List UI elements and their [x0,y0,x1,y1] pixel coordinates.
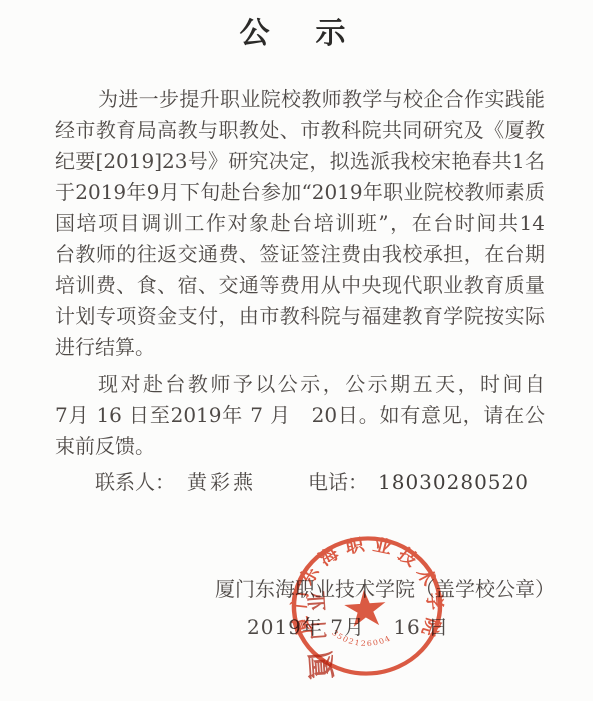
svg-text:3502126004: 3502126004 [330,624,394,650]
seal-code-text: 3502126004 [330,624,394,650]
text-line: 经市教育局高教与职教处、市教科院共同研究及《厦教工委 [55,115,545,146]
text-line: 培训费、食、宿、交通等费用从中央现代职业教育质量提升 [55,270,545,301]
paragraph: 为进一步提升职业院校教师教学与校企合作实践能力，经市教育局高教与职教处、市教科院… [55,84,545,363]
contact-row: 联系人：黄彩燕电话：18030280520 [55,467,545,498]
paragraph: 现对赴台教师予以公示，公示期五天，时间自2019 年7月 16 日至2019年 … [55,369,545,462]
seal-star-icon [343,588,387,627]
seal-ghost-char: 厦 [299,650,341,681]
text-line: 现对赴台教师予以公示，公示期五天，时间自2019 年 [55,369,545,400]
seal-ghost-char: 门 [304,621,331,641]
document-body: 为进一步提升职业院校教师教学与校企合作实践能力，经市教育局高教与职教处、市教科院… [55,84,545,462]
text-line: 于2019年9月下旬赴台参加“2019年职业院校教师素质提高 [55,177,545,208]
text-line: 台教师的往返交通费、签证签注费由我校承担，在台期间的 [55,239,545,270]
text-line: 国培项目调训工作对象赴台培训班”，在台时间共14天。赴 [55,208,545,239]
page-title: 公 示 [0,13,593,55]
text-line: 计划专项资金支付，由市教科院与福建教育学院按实际支出 [55,301,545,332]
contact-name: 黄彩燕 [187,470,256,494]
text-line: 进行结算。 [55,332,545,363]
contact-label: 联系人： [95,470,175,494]
phone-label: 电话： [308,470,368,494]
phone-number: 18030280520 [378,470,529,494]
official-seal: 厦门东海职业技术学院 3502126004 业门厦 [283,528,451,685]
text-line: 纪要[2019]23号》研究决定，拟选派我校宋艳春共1名教师 [55,146,545,177]
text-line: 束前反馈。 [55,431,545,462]
scanned-notice-page: { "page": { "background": "#fcfcfb" }, "… [0,0,593,701]
text-line: 为进一步提升职业院校教师教学与校企合作实践能力， [55,84,545,115]
text-line: 7月 16 日至2019年 7 月 20日。如有意见，请在公示期结 [55,400,545,431]
seal-ghost-char: 业 [300,590,330,612]
